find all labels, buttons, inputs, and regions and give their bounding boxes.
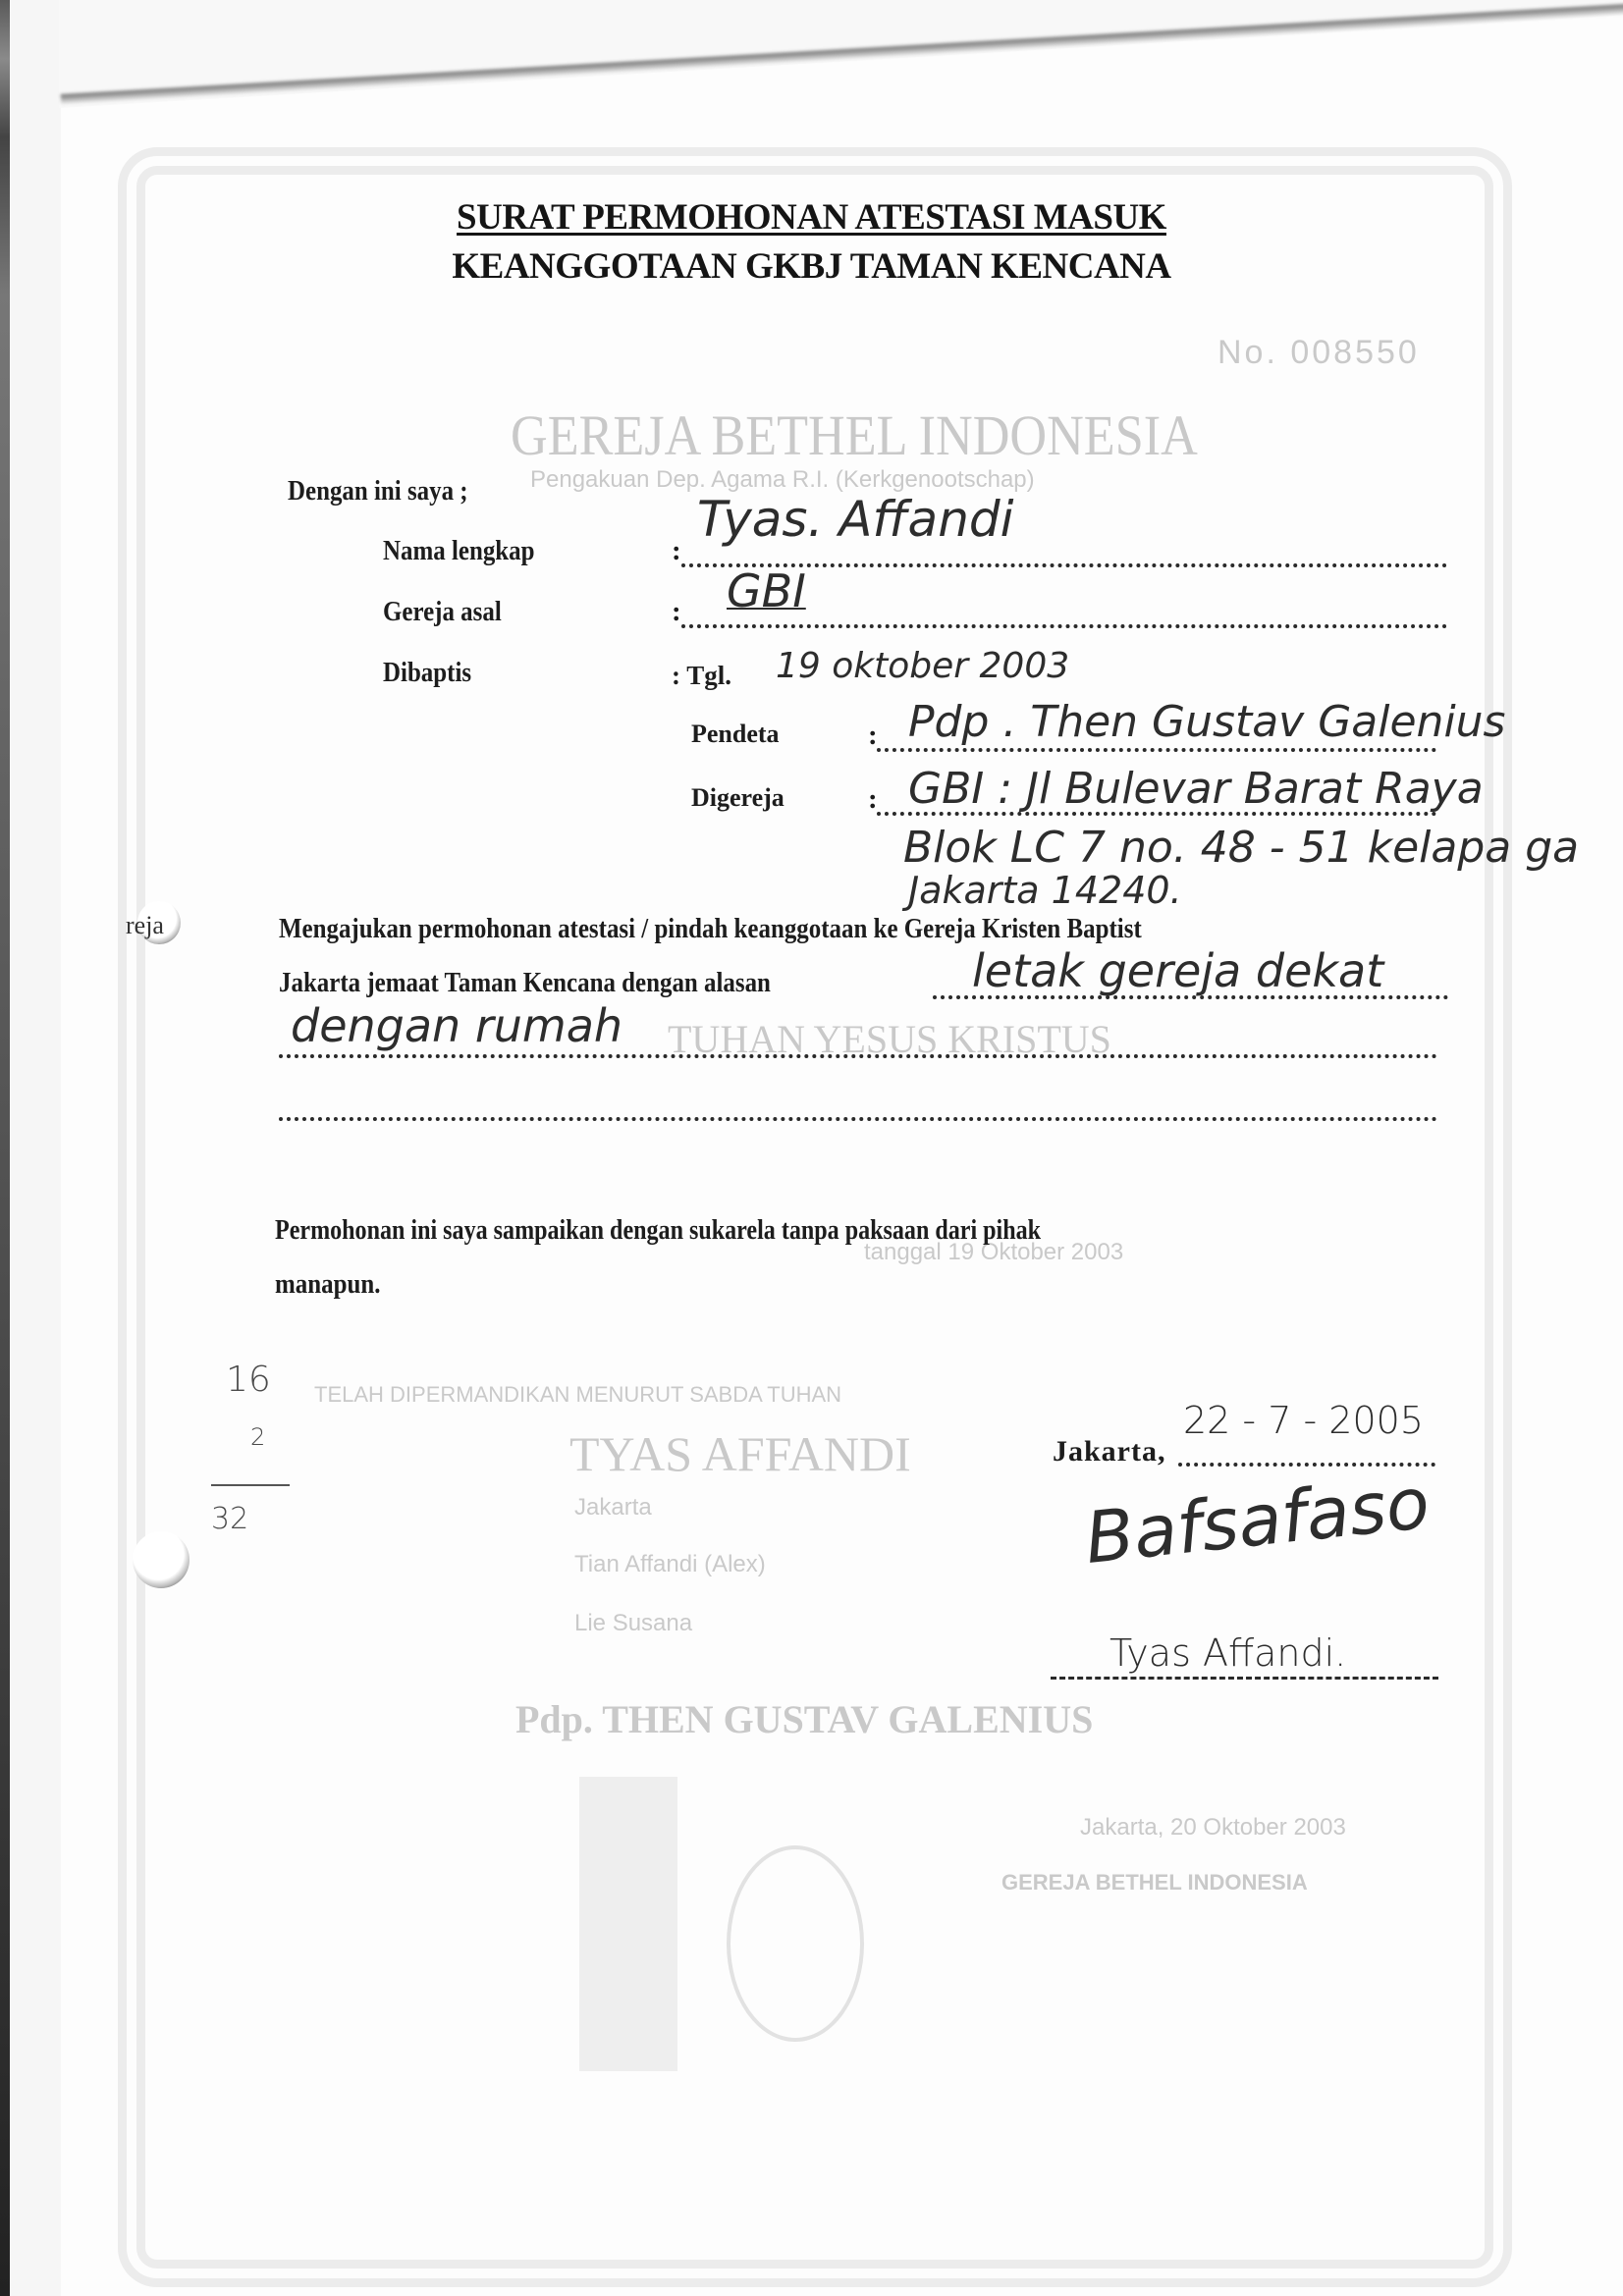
margin-note-mid: 2 [250,1423,265,1451]
fill-line-gereja-asal [681,622,1447,628]
request-text-line1: Mengajukan permohonan atestasi / pindah … [279,913,1142,945]
field-digereja-line3[interactable]: Jakarta 14240. [908,869,1182,912]
field-pendeta[interactable]: Pdp . Then Gustav Galenius [908,697,1505,747]
certificate-subtitle: Pengakuan Dep. Agama R.I. (Kerkgenootsch… [530,466,1035,494]
certificate-stamp [727,1845,864,2042]
colon: : [672,535,681,567]
scanner-edge [0,0,10,2296]
label-gereja-asal: Gereja asal [383,596,502,628]
margin-label: reja [126,911,164,940]
statement-line1: Permohonan ini saya sampaikan dengan suk… [275,1214,1041,1247]
colon: : [672,596,681,628]
margin-fraction-line [211,1484,290,1486]
statement-line2: manapun. [275,1268,380,1301]
punch-hole-2 [133,1531,189,1588]
field-reason-line2[interactable]: dengan rumah [291,999,622,1052]
label-nama-lengkap: Nama lengkap [383,535,535,567]
margin-note-bottom: 32 [211,1502,248,1536]
label-digereja: Digereja [691,783,784,813]
certificate-mother: Lie Susana [574,1610,692,1637]
field-digereja-line2[interactable]: Blok LC 7 no. 48 - 51 kelapa ga [903,823,1579,873]
signature-line [1051,1677,1438,1680]
signature-place: Jakarta, [1053,1435,1166,1468]
certificate-issued: Jakarta, 20 Oktober 2003 [1080,1814,1346,1842]
fill-line-reason-2 [279,1052,1437,1058]
document-subtitle: KEANGGOTAAN GKBJ TAMAN KENCANA [0,245,1623,288]
field-gereja-asal[interactable]: GBI [727,564,806,617]
certificate-photo [579,1777,677,2071]
field-dibaptis-tanggal[interactable]: 19 oktober 2003 [776,646,1069,686]
certificate-born-at: Jakarta [574,1494,652,1522]
intro-text: Dengan ini saya ; [288,475,468,507]
signature-date[interactable]: 22 - 7 - 2005 [1183,1399,1424,1442]
certificate-serial: No. 008550 [1217,334,1420,372]
certificate-pastor: Pdp. THEN GUSTAV GALENIUS [515,1696,1093,1742]
certificate-church-name: GEREJA BETHEL INDONESIA [511,402,1198,468]
dibaptis-tgl-prefix: : Tgl. [672,661,731,691]
document-title: SURAT PERMOHONAN ATESTASI MASUK [0,196,1623,239]
field-nama-lengkap[interactable]: Tyas. Affandi [697,491,1014,548]
certificate-name: TYAS AFFANDI [569,1425,911,1482]
label-dibaptis: Dibaptis [383,657,471,689]
signer-name[interactable]: Tyas Affandi. [1109,1631,1346,1675]
scanner-margin [10,0,61,2296]
field-digereja-line1[interactable]: GBI : Jl Bulevar Barat Raya [908,764,1484,814]
certificate-baptized-line: TELAH DIPERMANDIKAN MENURUT SABDA TUHAN [314,1382,841,1408]
certificate-issuer: GEREJA BETHEL INDONESIA [1001,1870,1308,1896]
field-reason-line1[interactable]: letak gereja dekat [972,944,1383,997]
fill-line-reason-3 [279,1115,1437,1121]
label-pendeta: Pendeta [691,720,780,749]
request-text-line2: Jakarta jemaat Taman Kencana dengan alas… [279,967,771,999]
margin-note-top: 16 [226,1360,271,1400]
certificate-father: Tian Affandi (Alex) [574,1551,766,1578]
